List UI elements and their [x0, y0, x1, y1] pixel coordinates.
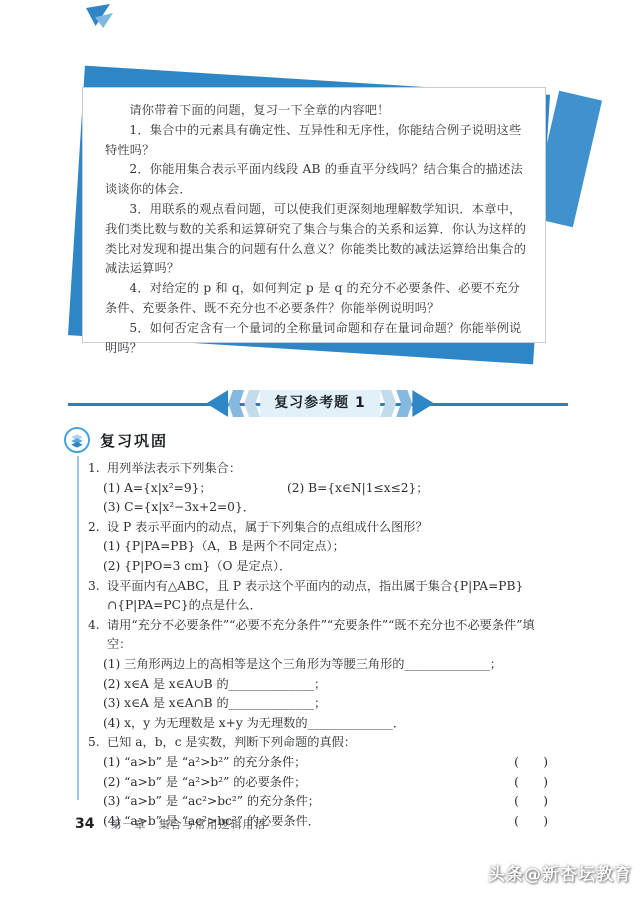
sub-item: (4) x，y 为无理数是 x+y 为无理数的______________． — [88, 714, 548, 734]
sub-item: (1) 三角形两边上的高相等是这个三角形为等腰三角形的_____________… — [88, 655, 548, 675]
intro-paragraph: 1．集合中的元素具有确定性、互异性和无序性，你能结合例子说明这些特性吗？ — [105, 121, 531, 161]
section-left-rule — [77, 456, 79, 800]
sub-item: (1) {P|PA=PB}（A，B 是两个不同定点）； — [88, 537, 548, 557]
sub-item: (2) {P|PO=3 cm}（O 是定点）． — [88, 557, 548, 577]
problem-1: 1. 用列举法表示下列集合： — [88, 459, 548, 479]
section-title: 复习巩固 — [100, 430, 168, 451]
problem-number: 4. — [88, 616, 107, 655]
chevron-left-icon — [206, 390, 228, 417]
intro-paragraph: 4．对给定的 p 和 q，如何判定 p 是 q 的充分不必要条件、必要不充分条件… — [105, 279, 531, 319]
intro-paragraph: 5．如何否定含有一个量词的全称量词命题和存在量词命题？你能举例说明吗？ — [105, 319, 531, 359]
textbook-page: 请你带着下面的问题，复习一下全章的内容吧！ 1．集合中的元素具有确定性、互异性和… — [0, 0, 640, 898]
problem-title: 设 P 表示平面内的动点，属于下列集合的点组成什么图形？ — [107, 518, 548, 538]
problem-number: 2. — [88, 518, 107, 538]
problem-text: 设平面内有△ABC，且 P 表示这个平面内的动点，指出属于集合{P|PA=PB}… — [107, 577, 548, 616]
problem-2: 2. 设 P 表示平面内的动点，属于下列集合的点组成什么图形？ — [88, 518, 548, 538]
page-footer: 34 第一章 集合与常用逻辑用语 — [75, 816, 266, 832]
problem-title: 用列举法表示下列集合： — [107, 459, 548, 479]
stacked-layers-icon — [64, 427, 90, 453]
sub-item: (2) “a>b” 是 “a²>b²” 的必要条件； — [103, 773, 306, 793]
problem-number: 3. — [88, 577, 107, 616]
chevron-right-icon — [380, 390, 396, 417]
intro-paragraph: 3．用联系的观点看问题，可以使我们更深刻地理解数学知识．本章中，我们类比数与数的… — [105, 200, 531, 279]
intro-paragraph: 请你带着下面的问题，复习一下全章的内容吧！ — [105, 101, 531, 121]
problem-1-subitems: (1) A={x|x²=9}； (2) B={x∈N|1≤x≤2}； — [88, 479, 548, 499]
footer-chapter-title: 第一章 集合与常用逻辑用语 — [110, 816, 266, 832]
banner-title: 复习参考题 1 — [260, 390, 380, 417]
watermark: 头条@新杏坛教育 — [488, 860, 632, 885]
chevron-left-icon — [228, 390, 244, 417]
sub-item-with-answer: (1) “a>b” 是 “a²>b²” 的充分条件； ( ) — [88, 753, 548, 773]
intro-question-box: 请你带着下面的问题，复习一下全章的内容吧！ 1．集合中的元素具有确定性、互异性和… — [82, 87, 546, 343]
answer-brackets: ( ) — [514, 812, 548, 832]
answer-brackets: ( ) — [514, 792, 548, 812]
footer-page-number: 34 — [75, 816, 94, 832]
problem-list: 1. 用列举法表示下列集合： (1) A={x|x²=9}； (2) B={x∈… — [88, 459, 548, 831]
problem-title: 请用“充分不必要条件”“必要不充分条件”“充要条件”“既不充分也不必要条件”填空… — [107, 616, 548, 655]
sub-item: (3) C={x|x²−3x+2=0}． — [88, 498, 548, 518]
answer-brackets: ( ) — [514, 773, 548, 793]
intro-paragraph: 2．你能用集合表示平面内线段 AB 的垂直平分线吗？结合集合的描述法谈谈你的体会… — [105, 160, 531, 200]
problem-5: 5. 已知 a，b，c 是实数，判断下列命题的真假： — [88, 733, 548, 753]
chevron-right-icon — [412, 390, 434, 417]
sub-item: (1) “a>b” 是 “a²>b²” 的充分条件； — [103, 753, 306, 773]
problem-title: 已知 a，b，c 是实数，判断下列命题的真假： — [107, 733, 548, 753]
sub-item: (3) x∈A 是 x∈A∩B 的______________； — [88, 694, 548, 714]
sub-item: (3) “a>b” 是 “ac²>bc²” 的充分条件； — [103, 792, 320, 812]
answer-brackets: ( ) — [514, 753, 548, 773]
sub-item-with-answer: (3) “a>b” 是 “ac²>bc²” 的充分条件； ( ) — [88, 792, 548, 812]
chevron-right-icon — [396, 390, 412, 417]
sub-item-with-answer: (2) “a>b” 是 “a²>b²” 的必要条件； ( ) — [88, 773, 548, 793]
sub-item: (2) x∈A 是 x∈A∪B 的______________； — [88, 675, 548, 695]
sub-item: (1) A={x|x²=9}； — [103, 479, 287, 499]
corner-logo-icon — [86, 4, 113, 29]
banner-badge: 复习参考题 1 — [206, 390, 434, 417]
problem-4: 4. 请用“充分不必要条件”“必要不充分条件”“充要条件”“既不充分也不必要条件… — [88, 616, 548, 655]
problem-number: 1. — [88, 459, 107, 479]
problem-number: 5. — [88, 733, 107, 753]
sub-item: (2) B={x∈N|1≤x≤2}； — [287, 479, 428, 499]
problem-3: 3. 设平面内有△ABC，且 P 表示这个平面内的动点，指出属于集合{P|PA=… — [88, 577, 548, 616]
chevron-left-icon — [244, 390, 260, 417]
